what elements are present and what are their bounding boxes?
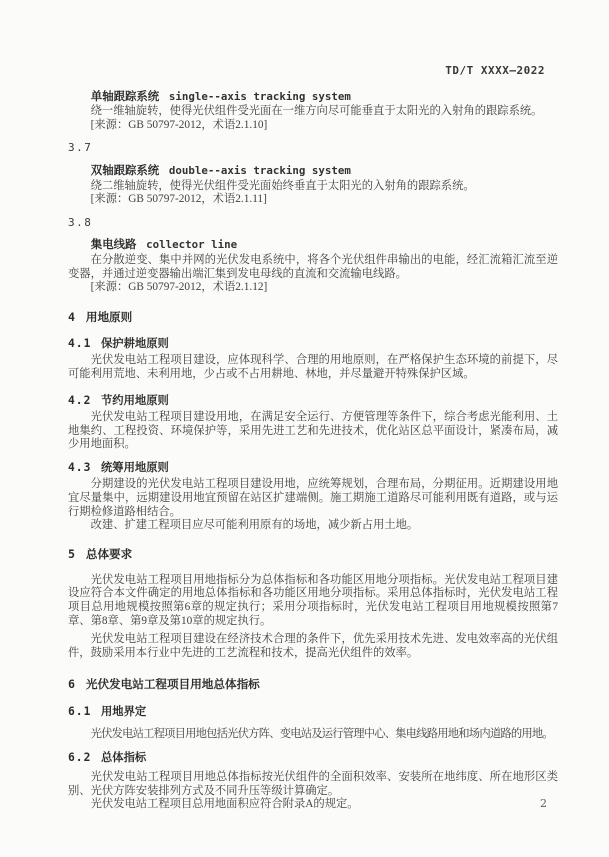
paragraph: 光伏发电站工程项目总用地面积应符合附录A的规定。: [68, 798, 558, 812]
section-number: 4: [68, 310, 76, 324]
subsection-title: 节约用地原则: [101, 395, 169, 407]
paragraph: 光伏发电站工程项目建设用地，在满足安全运行、方便管理等条件下，综合考虑光能利用、…: [68, 411, 558, 452]
subsection-number: 4.1: [68, 337, 91, 350]
paragraph: 光伏发电站工程项目用地指标分为总体指标和各功能区用地分项指标。光伏发电站工程项目…: [68, 574, 558, 628]
paragraph: 分期建设的光伏发电站工程项目建设用地，应统筹规划，合理布局，分期征用。近期建设用…: [68, 478, 558, 519]
term-heading: 单轴跟踪系统single--axis tracking system: [68, 90, 558, 105]
subsection-heading: 4.3统筹用地原则: [68, 461, 558, 476]
term-name-en: single--axis tracking system: [169, 90, 351, 103]
document-page: TD/T XXXX—2022 单轴跟踪系统single--axis tracki…: [0, 0, 609, 857]
section-title: 总体要求: [86, 548, 132, 561]
term-heading: 双轴跟踪系统double--axis tracking system: [68, 164, 558, 179]
subsection-heading: 6.2总体指标: [68, 751, 558, 766]
clause-number: 3.8: [68, 216, 558, 230]
section-number: 5: [68, 547, 76, 561]
page-content: TD/T XXXX—2022 单轴跟踪系统single--axis tracki…: [0, 0, 609, 812]
subsection-heading: 4.2节约用地原则: [68, 394, 558, 409]
term-source: [来源：GB 50797-2012，术语2.1.11]: [68, 193, 558, 207]
term-source: [来源：GB 50797-2012，术语2.1.10]: [68, 119, 558, 133]
doc-code: TD/T XXXX—2022: [68, 64, 545, 78]
section-title: 用地原则: [86, 311, 132, 324]
section-number: 6: [68, 677, 76, 691]
term-definition: 在分散逆变、集中并网的光伏发电系统中，将各个光伏组件串输出的电能，经汇流箱汇流至…: [68, 254, 558, 281]
page-number: 2: [540, 797, 547, 811]
term-name-en: double--axis tracking system: [169, 164, 351, 177]
term-name-zh: 集电线路: [91, 239, 137, 251]
subsection-title: 总体指标: [101, 752, 146, 764]
paragraph: 光伏发电站工程项目建设在经济技术合理的条件下，优先采用技术先进、发电效率高的光伏…: [68, 633, 558, 660]
subsection-number: 4.3: [68, 461, 91, 474]
section-heading: 4用地原则: [68, 310, 558, 325]
subsection-number: 6.2: [68, 751, 91, 764]
section-heading: 6光伏发电站工程项目用地总体指标: [68, 677, 558, 692]
subsection-number: 4.2: [68, 394, 91, 407]
section-title: 光伏发电站工程项目用地总体指标: [86, 678, 260, 691]
term-definition: 绕二维轴旋转，使得光伏组件受光面始终垂直于太阳光的入射角的跟踪系统。: [68, 180, 558, 194]
clause-number: 3.7: [68, 141, 558, 155]
term-name-zh: 双轴跟踪系统: [91, 165, 159, 177]
term-definition: 绕一维轴旋转，使得光伏组件受光面在一维方向尽可能垂直于太阳光的入射角的跟踪系统。: [68, 105, 558, 119]
subsection-title: 保护耕地原则: [101, 338, 169, 350]
paragraph: 光伏发电站工程项目用地包括光伏方阵、变电站及运行管理中心、集电线路用地和场内道路…: [68, 728, 558, 742]
term-name-en: collector line: [146, 238, 237, 251]
subsection-heading: 4.1保护耕地原则: [68, 337, 558, 352]
section-heading: 5总体要求: [68, 547, 558, 562]
term-heading: 集电线路collector line: [68, 238, 558, 253]
subsection-heading: 6.1用地界定: [68, 705, 558, 720]
paragraph: 改建、扩建工程项目应尽可能利用原有的场地，减少新占用土地。: [68, 519, 558, 533]
term-name-zh: 单轴跟踪系统: [91, 91, 159, 103]
subsection-number: 6.1: [68, 705, 91, 718]
paragraph: 光伏发电站工程项目用地总体指标按光伏组件的全面积效率、安装所在地纬度、所在地形区…: [68, 771, 558, 798]
subsection-title: 统筹用地原则: [101, 462, 169, 474]
term-source: [来源：GB 50797-2012，术语2.1.12]: [68, 281, 558, 295]
paragraph: 光伏发电站工程项目建设，应体现科学、合理的用地原则，在严格保护生态环境的前提下，…: [68, 354, 558, 381]
subsection-title: 用地界定: [101, 706, 146, 718]
